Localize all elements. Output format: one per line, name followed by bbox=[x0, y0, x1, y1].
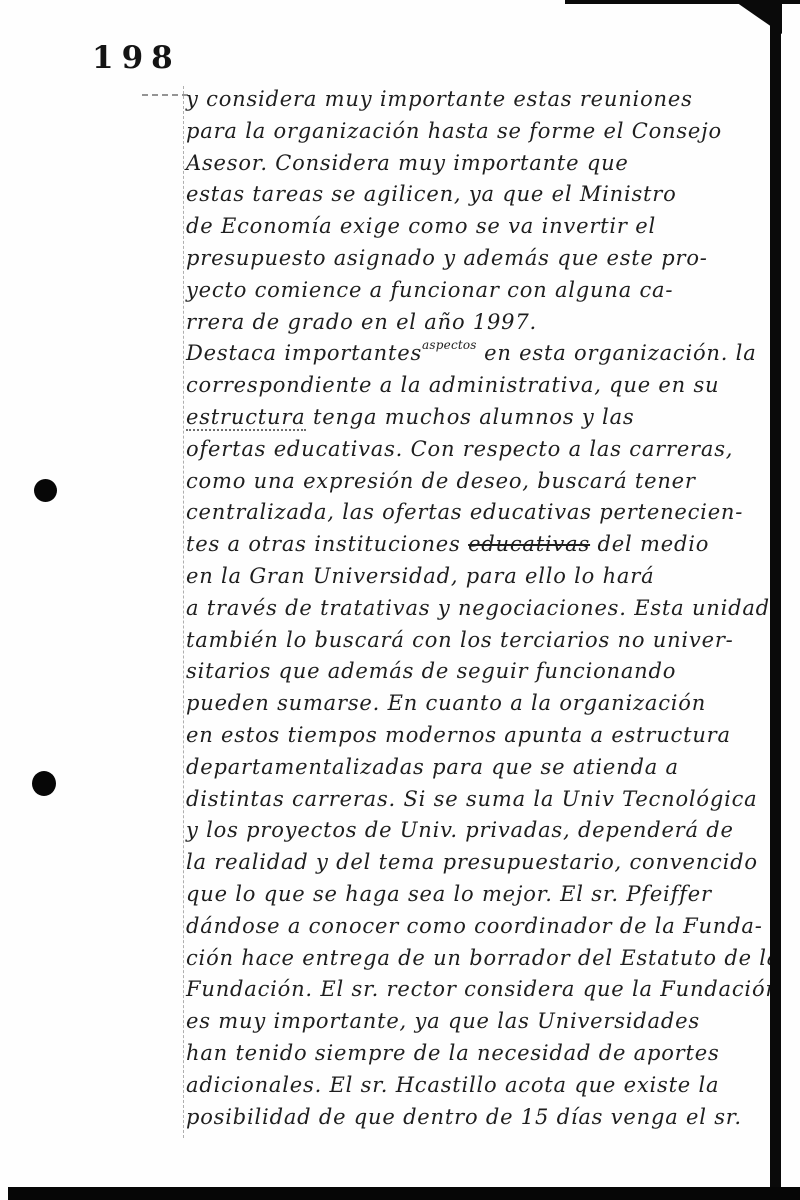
handwritten-line: tes a otras instituciones educativas del… bbox=[186, 529, 786, 561]
handwritten-text: distintas carreras. Si se suma la Univ T… bbox=[186, 787, 758, 811]
handwritten-text: en estos tiempos modernos apunta a estru… bbox=[186, 723, 731, 747]
handwritten-text: departamentalizadas para que se atienda … bbox=[186, 755, 679, 779]
handwritten-text: sitarios que además de seguir funcionand… bbox=[186, 659, 676, 683]
handwritten-line: correspondiente a la administrativa, que… bbox=[186, 370, 786, 402]
handwritten-line: pueden sumarse. En cuanto a la organizac… bbox=[186, 688, 786, 720]
hole-punch-dot bbox=[34, 479, 57, 502]
handwritten-line: como una expresión de deseo, buscará ten… bbox=[186, 466, 786, 498]
handwritten-text: yecto comience a funcionar con alguna ca… bbox=[186, 278, 673, 302]
scanned-document-page: 198 y considera muy importante estas reu… bbox=[0, 0, 800, 1200]
handwritten-text: de Economía exige como se va invertir el bbox=[186, 214, 656, 238]
margin-fold-line bbox=[183, 86, 184, 1138]
handwritten-line: sitarios que además de seguir funcionand… bbox=[186, 656, 786, 688]
handwritten-line: es muy importante, ya que las Universida… bbox=[186, 1006, 786, 1038]
handwritten-text: y considera muy importante estas reunion… bbox=[186, 87, 693, 111]
handwritten-text: pueden sumarse. En cuanto a la organizac… bbox=[186, 691, 706, 715]
handwritten-text: también lo buscará con los terciarios no… bbox=[186, 628, 734, 652]
handwritten-text: y los proyectos de Univ. privadas, depen… bbox=[186, 818, 734, 842]
handwritten-text: es muy importante, ya que las Universida… bbox=[186, 1009, 700, 1033]
handwritten-line: también lo buscará con los terciarios no… bbox=[186, 625, 786, 657]
handwritten-text: estas tareas se agilicen, ya que el Mini… bbox=[186, 182, 677, 206]
handwritten-text: ción hace entrega de un borrador del Est… bbox=[186, 946, 780, 970]
handwritten-line: posibilidad de que dentro de 15 días ven… bbox=[186, 1102, 786, 1134]
handwritten-line: Destaca importantesaspectos en esta orga… bbox=[186, 338, 786, 370]
handwritten-text: en la Gran Universidad, para ello lo har… bbox=[186, 564, 654, 588]
handwritten-line: dándose a conocer como coordinador de la… bbox=[186, 911, 786, 943]
handwritten-text: Fundación. El sr. rector considera que l… bbox=[186, 977, 780, 1001]
handwritten-text: educativas bbox=[468, 532, 590, 556]
handwritten-text: como una expresión de deseo, buscará ten… bbox=[186, 469, 696, 493]
scan-edge-right bbox=[770, 0, 781, 1200]
handwritten-line: Fundación. El sr. rector considera que l… bbox=[186, 974, 786, 1006]
handwritten-line: en la Gran Universidad, para ello lo har… bbox=[186, 561, 786, 593]
handwritten-text: rrera de grado en el año 1997. bbox=[186, 310, 537, 334]
hole-punch-dot bbox=[32, 771, 56, 796]
handwritten-line: ofertas educativas. Con respecto a las c… bbox=[186, 434, 786, 466]
handwritten-line: centralizada, las ofertas educativas per… bbox=[186, 497, 786, 529]
handwritten-text: tes a otras instituciones bbox=[186, 532, 468, 556]
handwritten-line: estructura tenga muchos alumnos y las bbox=[186, 402, 786, 434]
handwritten-line: ción hace entrega de un borrador del Est… bbox=[186, 943, 786, 975]
handwritten-line: de Economía exige como se va invertir el bbox=[186, 211, 786, 243]
handwritten-line: distintas carreras. Si se suma la Univ T… bbox=[186, 784, 786, 816]
handwritten-text: que lo que se haga sea lo mejor. El sr. … bbox=[186, 882, 712, 906]
handwritten-line: que lo que se haga sea lo mejor. El sr. … bbox=[186, 879, 786, 911]
handwritten-line: en estos tiempos modernos apunta a estru… bbox=[186, 720, 786, 752]
handwritten-text: a través de tratativas y negociaciones. … bbox=[186, 596, 770, 620]
handwritten-line: y los proyectos de Univ. privadas, depen… bbox=[186, 815, 786, 847]
handwritten-text: Asesor. Considera muy importante que bbox=[186, 151, 629, 175]
handwritten-text: estructura bbox=[186, 405, 306, 431]
handwritten-text: ofertas educativas. Con respecto a las c… bbox=[186, 437, 733, 461]
handwritten-line: departamentalizadas para que se atienda … bbox=[186, 752, 786, 784]
handwritten-line: a través de tratativas y negociaciones. … bbox=[186, 593, 786, 625]
handwritten-text: correspondiente a la administrativa, que… bbox=[186, 373, 719, 397]
handwritten-line: presupuesto asignado y además que este p… bbox=[186, 243, 786, 275]
handwritten-text: posibilidad de que dentro de 15 días ven… bbox=[186, 1105, 742, 1129]
handwritten-text: dándose a conocer como coordinador de la… bbox=[186, 914, 763, 938]
handwritten-line: estas tareas se agilicen, ya que el Mini… bbox=[186, 179, 786, 211]
handwritten-text: adicionales. El sr. Hcastillo acota que … bbox=[186, 1073, 719, 1097]
handwritten-text: centralizada, las ofertas educativas per… bbox=[186, 500, 743, 524]
handwritten-line: han tenido siempre de la necesidad de ap… bbox=[186, 1038, 786, 1070]
handwritten-text: Destaca importantes bbox=[186, 341, 422, 365]
handwritten-text: del medio bbox=[590, 532, 709, 556]
handwritten-line: para la organización hasta se forme el C… bbox=[186, 116, 786, 148]
handwritten-line: yecto comience a funcionar con alguna ca… bbox=[186, 275, 786, 307]
handwritten-text: la realidad y del tema presupuestario, c… bbox=[186, 850, 758, 874]
handwritten-text: presupuesto asignado y además que este p… bbox=[186, 246, 708, 270]
scan-edge-bottom bbox=[8, 1187, 800, 1200]
handwritten-text: han tenido siempre de la necesidad de ap… bbox=[186, 1041, 720, 1065]
handwriting-block: y considera muy importante estas reunion… bbox=[186, 84, 786, 1133]
handwritten-text: para la organización hasta se forme el C… bbox=[186, 119, 722, 143]
page-number: 198 bbox=[92, 40, 181, 76]
inserted-word: aspectos bbox=[422, 338, 477, 352]
handwritten-line: adicionales. El sr. Hcastillo acota que … bbox=[186, 1070, 786, 1102]
handwritten-line: rrera de grado en el año 1997. bbox=[186, 307, 786, 339]
handwritten-text: tenga muchos alumnos y las bbox=[306, 405, 635, 429]
margin-dash-mark bbox=[142, 94, 188, 96]
handwritten-line: y considera muy importante estas reunion… bbox=[186, 84, 786, 116]
handwritten-line: la realidad y del tema presupuestario, c… bbox=[186, 847, 786, 879]
handwritten-line: Asesor. Considera muy importante que bbox=[186, 148, 786, 180]
handwritten-text: en esta organización. la bbox=[477, 341, 757, 365]
